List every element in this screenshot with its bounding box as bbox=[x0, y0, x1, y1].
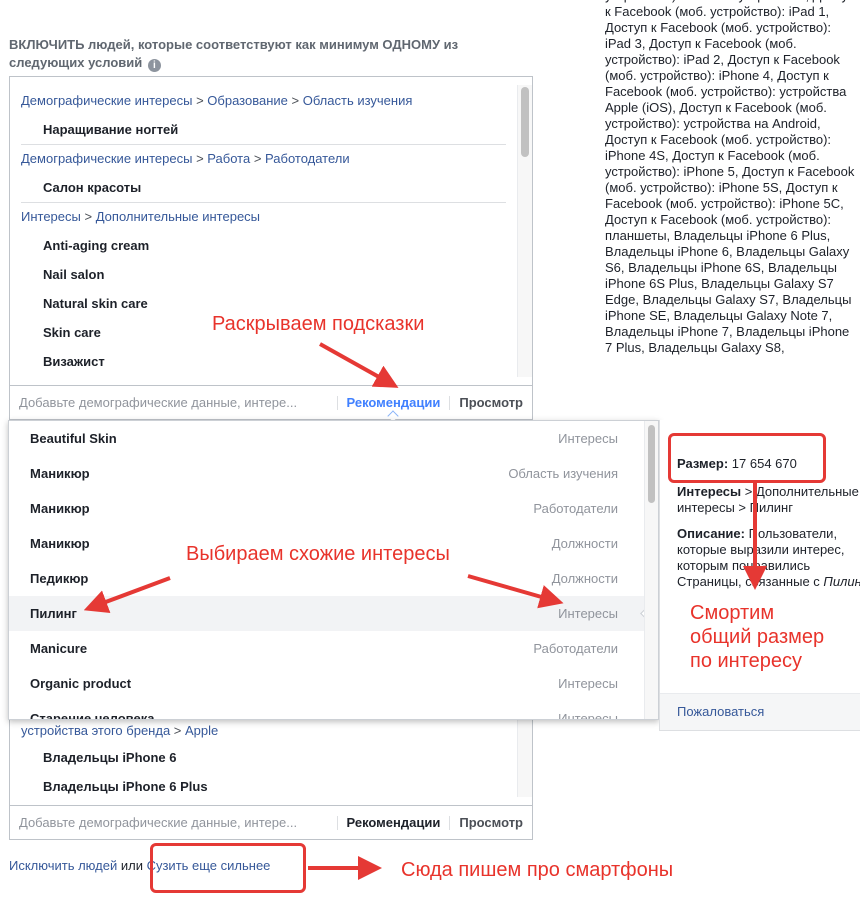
interest-path: Интересы > Дополнительные интересы > Пил… bbox=[677, 484, 860, 516]
breadcrumb-separator: > bbox=[196, 151, 204, 166]
suggestion-item[interactable]: Organic productИнтересы bbox=[9, 666, 645, 701]
group-breadcrumb: Демографические интересы > Образование >… bbox=[10, 87, 532, 115]
scrollbar-thumb[interactable] bbox=[648, 425, 655, 503]
targeting-item[interactable]: Визажист bbox=[10, 347, 532, 376]
breadcrumb-link[interactable]: Образование bbox=[207, 93, 288, 108]
group-breadcrumb: Демографические интересы > Работа > Рабо… bbox=[10, 145, 532, 173]
annotation-open-hints: Раскрываем подсказки bbox=[212, 313, 424, 336]
include-heading: ВКЛЮЧИТЬ людей, которые соответствуют ка… bbox=[9, 36, 529, 72]
breadcrumb-separator: > bbox=[254, 151, 262, 166]
suggestion-item[interactable]: Старение человекаИнтересы bbox=[9, 701, 645, 720]
path-root: Интересы bbox=[677, 484, 741, 499]
suggestion-name: Organic product bbox=[30, 676, 131, 691]
interest-description: Описание: Пользователи, которые выразили… bbox=[677, 526, 860, 590]
breadcrumb-link[interactable]: Демографические интересы bbox=[21, 151, 192, 166]
targeting-item[interactable]: Владельцы iPhone 6 Plus bbox=[10, 772, 532, 801]
suggestion-name: Маникюр bbox=[30, 501, 90, 516]
report-link[interactable]: Пожаловаться bbox=[677, 704, 764, 720]
breadcrumb-link[interactable]: Область изучения bbox=[303, 93, 413, 108]
divider bbox=[337, 816, 338, 830]
exclude-people-link[interactable]: Исключить людей bbox=[9, 858, 117, 873]
suggestion-category: Интересы bbox=[558, 431, 618, 446]
suggestion-name: Beautiful Skin bbox=[30, 431, 117, 446]
targeting-search-input[interactable]: Добавьте демографические данные, интере.… bbox=[10, 395, 328, 410]
audience-definition-text: устройство): все моб. устройства, Доступ… bbox=[605, 0, 855, 356]
annotation-look-size: Смортим общий размер по интересу bbox=[690, 601, 824, 673]
recommendations-button[interactable]: Рекомендации bbox=[347, 815, 441, 830]
targeting-item[interactable]: Наращивание ногтей bbox=[10, 115, 532, 144]
include-targeting-box: Демографические интересы > Образование >… bbox=[9, 76, 533, 420]
divider bbox=[337, 396, 338, 410]
info-icon[interactable]: i bbox=[148, 59, 161, 72]
divider bbox=[449, 816, 450, 830]
annotation-line: Смортим bbox=[690, 601, 824, 625]
targeting-item[interactable]: Салон красоты bbox=[10, 173, 532, 202]
narrow-search-input[interactable]: Добавьте демографические данные, интере.… bbox=[10, 815, 328, 830]
include-input-row: Добавьте демографические данные, интере.… bbox=[10, 385, 532, 419]
suggestion-item[interactable]: МаникюрОбласть изучения bbox=[9, 456, 645, 491]
suggestion-category: Работодатели bbox=[533, 641, 618, 656]
breadcrumb-link[interactable]: Работа bbox=[207, 151, 250, 166]
description-label: Описание: bbox=[677, 526, 745, 541]
breadcrumb-separator: > bbox=[174, 723, 182, 738]
targeting-item[interactable]: Владельцы iPhone 6 bbox=[10, 743, 532, 772]
suggestion-name: Маникюр bbox=[30, 536, 90, 551]
breadcrumb-link[interactable]: Apple bbox=[185, 723, 218, 738]
highlight-size-box bbox=[668, 433, 826, 483]
targeting-item[interactable]: Anti-aging cream bbox=[10, 231, 532, 260]
suggestion-name: Manicure bbox=[30, 641, 87, 656]
include-heading-text: ВКЛЮЧИТЬ людей, которые соответствуют ка… bbox=[9, 37, 458, 70]
suggestions-scrollbar[interactable] bbox=[644, 421, 658, 719]
suggestion-item[interactable]: ManicureРаботодатели bbox=[9, 631, 645, 666]
or-text: или bbox=[117, 858, 146, 873]
annotation-line: общий размер bbox=[690, 625, 824, 649]
suggestion-category: Интересы bbox=[558, 606, 618, 621]
suggestion-name: Пилинг bbox=[30, 606, 77, 621]
narrow-input-row: Добавьте демографические данные, интере.… bbox=[10, 805, 532, 839]
narrow-breadcrumb: устройства этого бренда > Apple bbox=[10, 719, 532, 743]
annotation-smartphones: Сюда пишем про смартфоны bbox=[401, 859, 673, 882]
browse-button[interactable]: Просмотр bbox=[459, 395, 532, 410]
suggestion-category: Должности bbox=[552, 571, 618, 586]
description-em: Пилинг bbox=[823, 574, 860, 589]
recommendations-button[interactable]: Рекомендации bbox=[347, 395, 441, 410]
targeting-item[interactable]: Nail salon bbox=[10, 260, 532, 289]
breadcrumb-link[interactable]: устройства этого бренда bbox=[21, 723, 170, 738]
suggestion-category: Интересы bbox=[558, 711, 618, 720]
suggestion-name: Педикюр bbox=[30, 571, 88, 586]
suggestion-category: Должности bbox=[552, 536, 618, 551]
annotation-line: по интересу bbox=[690, 649, 824, 673]
include-targeting-list: Демографические интересы > Образование >… bbox=[10, 77, 532, 385]
suggestion-item[interactable]: Beautiful SkinИнтересы bbox=[9, 421, 645, 456]
group-breadcrumb: Интересы > Дополнительные интересы bbox=[10, 203, 532, 231]
include-list-scrollbar[interactable] bbox=[517, 85, 532, 377]
breadcrumb-link[interactable]: Дополнительные интересы bbox=[96, 209, 260, 224]
browse-button[interactable]: Просмотр bbox=[459, 815, 532, 830]
suggestion-category: Работодатели bbox=[533, 501, 618, 516]
breadcrumb-link[interactable]: Интересы bbox=[21, 209, 81, 224]
breadcrumb-link[interactable]: Демографические интересы bbox=[21, 93, 192, 108]
suggestions-list: Beautiful SkinИнтересыМаникюрОбласть изу… bbox=[9, 421, 658, 720]
breadcrumb-separator: > bbox=[291, 93, 299, 108]
suggestion-item[interactable]: ПилингИнтересы bbox=[9, 596, 645, 631]
suggestion-item[interactable]: МаникюрРаботодатели bbox=[9, 491, 645, 526]
scrollbar-thumb[interactable] bbox=[521, 87, 529, 157]
divider bbox=[449, 396, 450, 410]
breadcrumb-separator: > bbox=[85, 209, 93, 224]
suggestions-dropdown: Beautiful SkinИнтересыМаникюрОбласть изу… bbox=[8, 420, 659, 720]
detail-footer: Пожаловаться bbox=[660, 693, 860, 730]
annotation-choose-similar: Выбираем схожие интересы bbox=[186, 543, 450, 566]
highlight-narrow-link-box bbox=[150, 843, 306, 893]
narrow-targeting-box: устройства этого бренда > Apple Владельц… bbox=[9, 704, 533, 840]
breadcrumb-link[interactable]: Работодатели bbox=[265, 151, 350, 166]
suggestion-category: Область изучения bbox=[508, 466, 618, 481]
suggestion-item[interactable]: ПедикюрДолжности bbox=[9, 561, 645, 596]
suggestion-name: Маникюр bbox=[30, 466, 90, 481]
suggestion-category: Интересы bbox=[558, 676, 618, 691]
suggestion-name: Старение человека bbox=[30, 711, 154, 720]
breadcrumb-separator: > bbox=[196, 93, 204, 108]
